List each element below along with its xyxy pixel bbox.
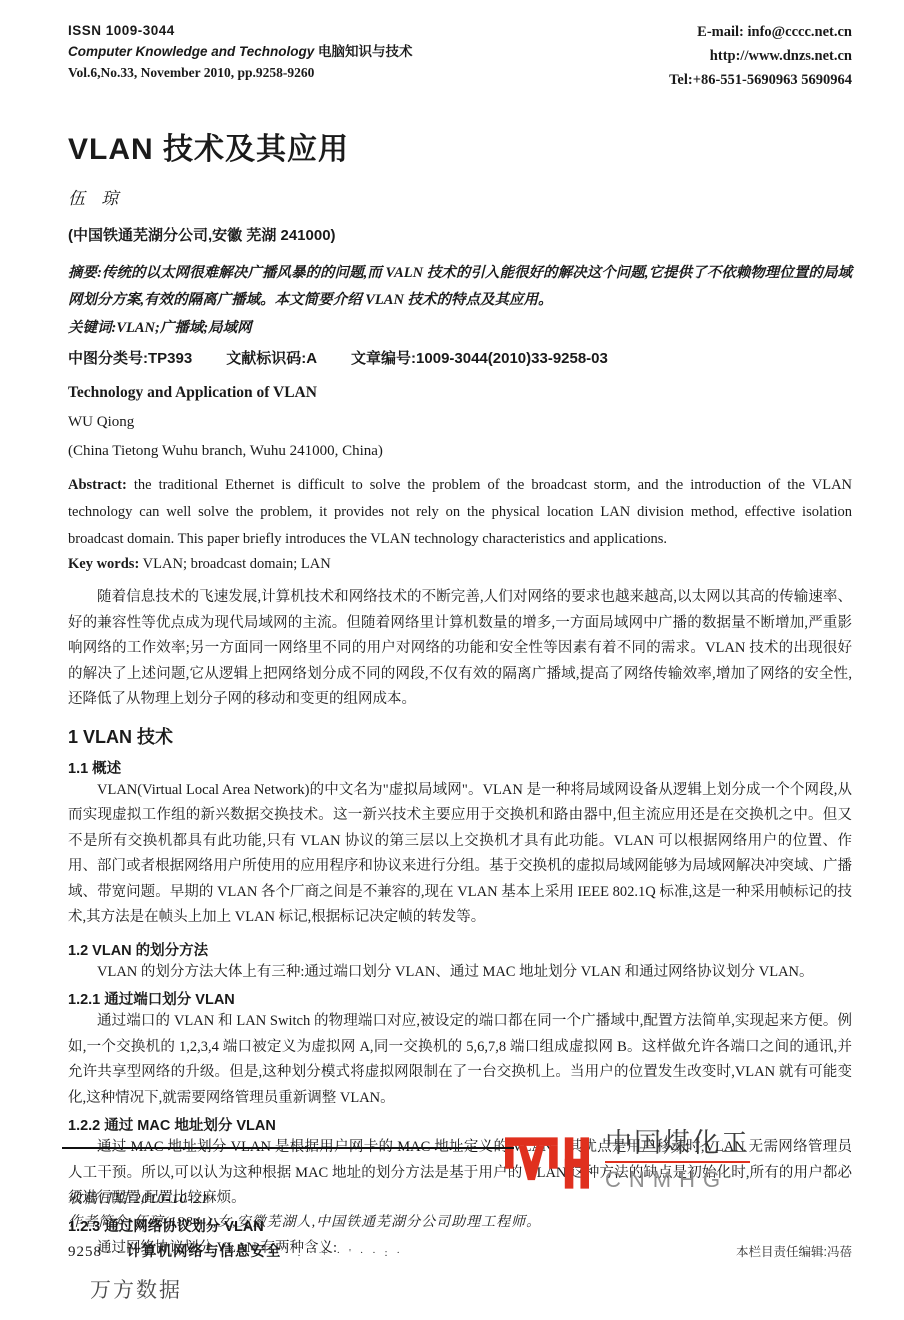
wanfang-watermark: 万方数据 (90, 1274, 182, 1304)
keywords-en: Key words: VLAN; broadcast domain; LAN (68, 556, 852, 573)
clc-number: 中图分类号:TP393 (68, 350, 192, 367)
keywords-cn-label: 关键词: (68, 320, 116, 336)
keywords-cn-text: VLAN;广播域;局域网 (116, 320, 251, 336)
scanned-paper-page: ISSN 1009-3044 Computer Knowledge and Te… (0, 0, 904, 1320)
author-name: 伍 琼 (68, 184, 852, 209)
classification-line: 中图分类号:TP393文献标识码:A文章编号:1009-3044(2010)33… (68, 347, 852, 368)
journal-name-en: Computer Knowledge and Technology (68, 44, 314, 59)
volume-info: Vol.6,No.33, November 2010, pp.9258-9260 (68, 62, 413, 83)
section-1-2-heading: 1.2 VLAN 的划分方法 (68, 939, 852, 960)
section-1-heading: 1 VLAN 技术 (68, 723, 852, 749)
cnmhg-logo-en: CNMHG (605, 1165, 750, 1195)
section-1-2-text: VLAN 的划分方法大体上有三种:通过端口划分 VLAN、通过 MAC 地址划分… (68, 960, 852, 986)
journal-tel: Tel:+86-551-5690963 5690964 (669, 68, 852, 92)
issn: ISSN 1009-3044 (68, 20, 413, 41)
abstract-en: Abstract: the traditional Ethernet is di… (68, 472, 852, 553)
section-1-1-heading: 1.1 概述 (68, 757, 852, 778)
journal-contact: E-mail: info@cccc.net.cn http://www.dnzs… (669, 20, 852, 92)
page-content: ISSN 1009-3044 Computer Knowledge and Te… (68, 0, 852, 1261)
abstract-en-text: the traditional Ethernet is difficult to… (68, 477, 852, 547)
column-name: 计算机网络与信息安全 (127, 1244, 282, 1260)
cnmhg-logo: 中国煤化工 CNMHG (505, 1128, 750, 1198)
journal-email: E-mail: info@cccc.net.cn (669, 20, 852, 44)
keywords-en-text: VLAN; broadcast domain; LAN (143, 556, 331, 572)
footer-left: 9258 · · 计算机网络与信息安全 · . · + · ' · · : · (68, 1240, 403, 1261)
page-number: 9258 (68, 1244, 102, 1260)
author-bio: 作者简介:伍琼(1984-),女,安徽芜湖人,中国铁通芜湖分公司助理工程师。 (68, 1211, 541, 1234)
paper-title: VLAN 技术及其应用 (68, 124, 852, 168)
abstract-cn: 摘要:传统的以太网很难解决广播风暴的的问题,而 VALN 技术的引入能很好的解决… (68, 260, 852, 314)
paper-title-en: Technology and Application of VLAN (68, 384, 852, 402)
author-affiliation: (中国铁通芜湖分公司,安徽 芜湖 241000) (68, 224, 852, 245)
cnmhg-logo-text: 中国煤化工 CNMHG (605, 1128, 750, 1195)
abstract-cn-label: 摘要: (68, 265, 102, 281)
abstract-en-label: Abstract: (68, 477, 127, 493)
received-date: 收稿日期:2010-10-21 (68, 1188, 541, 1211)
journal-website: http://www.dnzs.net.cn (669, 44, 852, 68)
keywords-cn: 关键词:VLAN;广播域;局域网 (68, 316, 852, 337)
keywords-en-label: Key words: (68, 556, 139, 572)
journal-info: ISSN 1009-3044 Computer Knowledge and Te… (68, 20, 413, 92)
journal-name-cn: 电脑知识与技术 (318, 44, 413, 59)
column-editor: 本栏目责任编辑:冯蓓 (736, 1242, 852, 1260)
footer-dots-right: · . · + · ' · · : · (285, 1247, 403, 1259)
footnote-divider (62, 1147, 514, 1149)
author-affiliation-en: (China Tietong Wuhu branch, Wuhu 241000,… (68, 443, 852, 460)
journal-header: ISSN 1009-3044 Computer Knowledge and Te… (68, 0, 852, 92)
footer-dots-left: · · (106, 1245, 123, 1259)
section-1-2-1-text: 通过端口的 VLAN 和 LAN Switch 的物理端口对应,被设定的端口都在… (68, 1009, 852, 1111)
article-id: 文章编号:1009-3044(2010)33-9258-03 (351, 350, 608, 367)
abstract-cn-text: 传统的以太网很难解决广播风暴的的问题,而 VALN 技术的引入能很好的解决这个问… (68, 265, 852, 308)
doc-code: 文献标识码:A (226, 350, 317, 367)
intro-paragraph: 随着信息技术的飞速发展,计算机技术和网络技术的不断完善,人们对网络的要求也越来越… (68, 585, 852, 713)
cnmhg-logo-cn: 中国煤化工 (605, 1128, 750, 1163)
section-1-1-text: VLAN(Virtual Local Area Network)的中文名为"虚拟… (68, 778, 852, 931)
journal-name: Computer Knowledge and Technology 电脑知识与技… (68, 41, 413, 62)
footnote-block: 收稿日期:2010-10-21 作者简介:伍琼(1984-),女,安徽芜湖人,中… (68, 1188, 541, 1234)
author-name-en: WU Qiong (68, 414, 852, 431)
page-footer: 9258 · · 计算机网络与信息安全 · . · + · ' · · : · … (68, 1240, 852, 1261)
section-1-2-1-heading: 1.2.1 通过端口划分 VLAN (68, 988, 852, 1009)
